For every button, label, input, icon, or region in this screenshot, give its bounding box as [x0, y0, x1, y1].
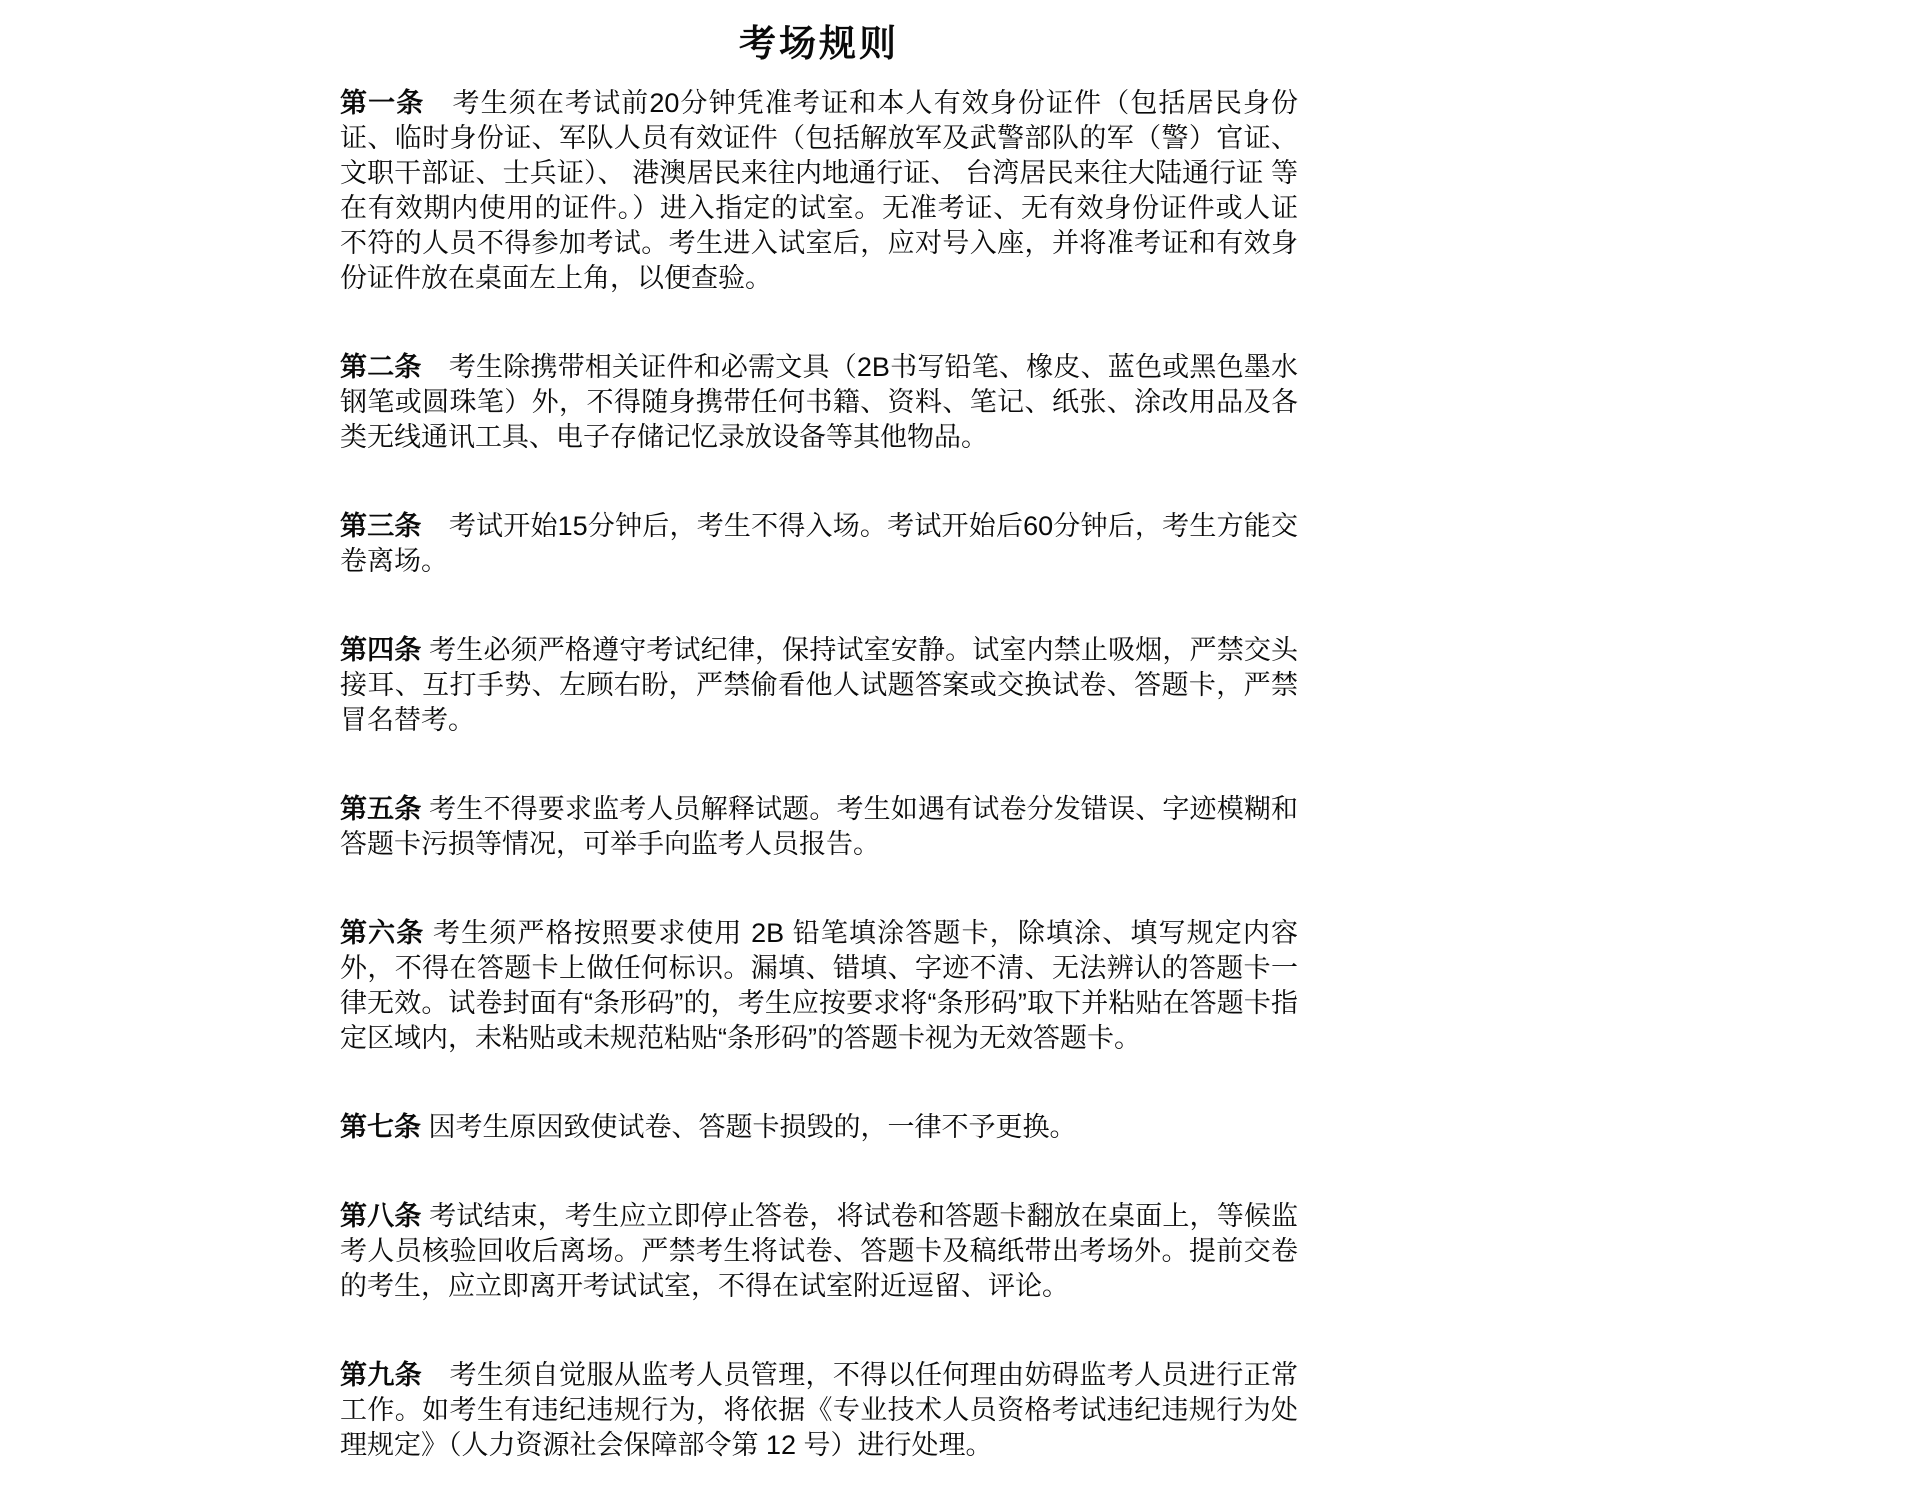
article-2: 第二条 考生除携带相关证件和必需文具（2B书写铅笔、橡皮、蓝色或黑色墨水钢笔或圆…: [340, 350, 1298, 455]
article-5-label: 第五条: [340, 794, 421, 824]
article-3-text: 考试开始15分钟后，考生不得入场。考试开始后60分钟后，考生方能交卷离场。: [340, 511, 1298, 576]
article-4: 第四条 考生必须严格遵守考试纪律，保持试室安静。试室内禁止吸烟，严禁交头接耳、互…: [340, 633, 1298, 738]
exam-rules-document: 考场规则 第一条 考生须在考试前20分钟凭准考证和本人有效身份证件（包括居民身份…: [340, 22, 1298, 1463]
article-4-text: 考生必须严格遵守考试纪律，保持试室安静。试室内禁止吸烟，严禁交头接耳、互打手势、…: [340, 635, 1298, 735]
article-5: 第五条 考生不得要求监考人员解释试题。考生如遇有试卷分发错误、字迹模糊和答题卡污…: [340, 792, 1298, 862]
article-3: 第三条 考试开始15分钟后，考生不得入场。考试开始后60分钟后，考生方能交卷离场…: [340, 509, 1298, 579]
article-6: 第六条 考生须严格按照要求使用 2B 铅笔填涂答题卡，除填涂、填写规定内容外，不…: [340, 916, 1298, 1056]
article-9-label: 第九条: [340, 1360, 422, 1390]
article-8-label: 第八条: [340, 1201, 421, 1231]
article-8-text: 考试结束，考生应立即停止答卷，将试卷和答题卡翻放在桌面上，等候监考人员核验回收后…: [340, 1201, 1298, 1301]
document-page: 考场规则 第一条 考生须在考试前20分钟凭准考证和本人有效身份证件（包括居民身份…: [0, 0, 1920, 1500]
article-7-text: 因考生原因致使试卷、答题卡损毁的，一律不予更换。: [421, 1112, 1077, 1142]
article-1-label: 第一条: [340, 88, 424, 118]
article-7-label: 第七条: [340, 1112, 421, 1142]
page-title: 考场规则: [340, 22, 1298, 66]
article-6-label: 第六条: [340, 918, 424, 948]
article-6-text: 考生须严格按照要求使用 2B 铅笔填涂答题卡，除填涂、填写规定内容外，不得在答题…: [340, 918, 1298, 1053]
article-2-text: 考生除携带相关证件和必需文具（2B书写铅笔、橡皮、蓝色或黑色墨水钢笔或圆珠笔）外…: [340, 352, 1298, 452]
article-9: 第九条 考生须自觉服从监考人员管理，不得以任何理由妨碍监考人员进行正常工作。如考…: [340, 1358, 1298, 1463]
article-3-label: 第三条: [340, 511, 422, 541]
article-4-label: 第四条: [340, 635, 421, 665]
article-1: 第一条 考生须在考试前20分钟凭准考证和本人有效身份证件（包括居民身份证、临时身…: [340, 86, 1298, 296]
article-1-text: 考生须在考试前20分钟凭准考证和本人有效身份证件（包括居民身份证、临时身份证、军…: [340, 88, 1298, 293]
article-2-label: 第二条: [340, 352, 422, 382]
article-5-text: 考生不得要求监考人员解释试题。考生如遇有试卷分发错误、字迹模糊和答题卡污损等情况…: [340, 794, 1298, 859]
article-9-text: 考生须自觉服从监考人员管理，不得以任何理由妨碍监考人员进行正常工作。如考生有违纪…: [340, 1360, 1298, 1460]
article-7: 第七条 因考生原因致使试卷、答题卡损毁的，一律不予更换。: [340, 1110, 1298, 1145]
article-8: 第八条 考试结束，考生应立即停止答卷，将试卷和答题卡翻放在桌面上，等候监考人员核…: [340, 1199, 1298, 1304]
